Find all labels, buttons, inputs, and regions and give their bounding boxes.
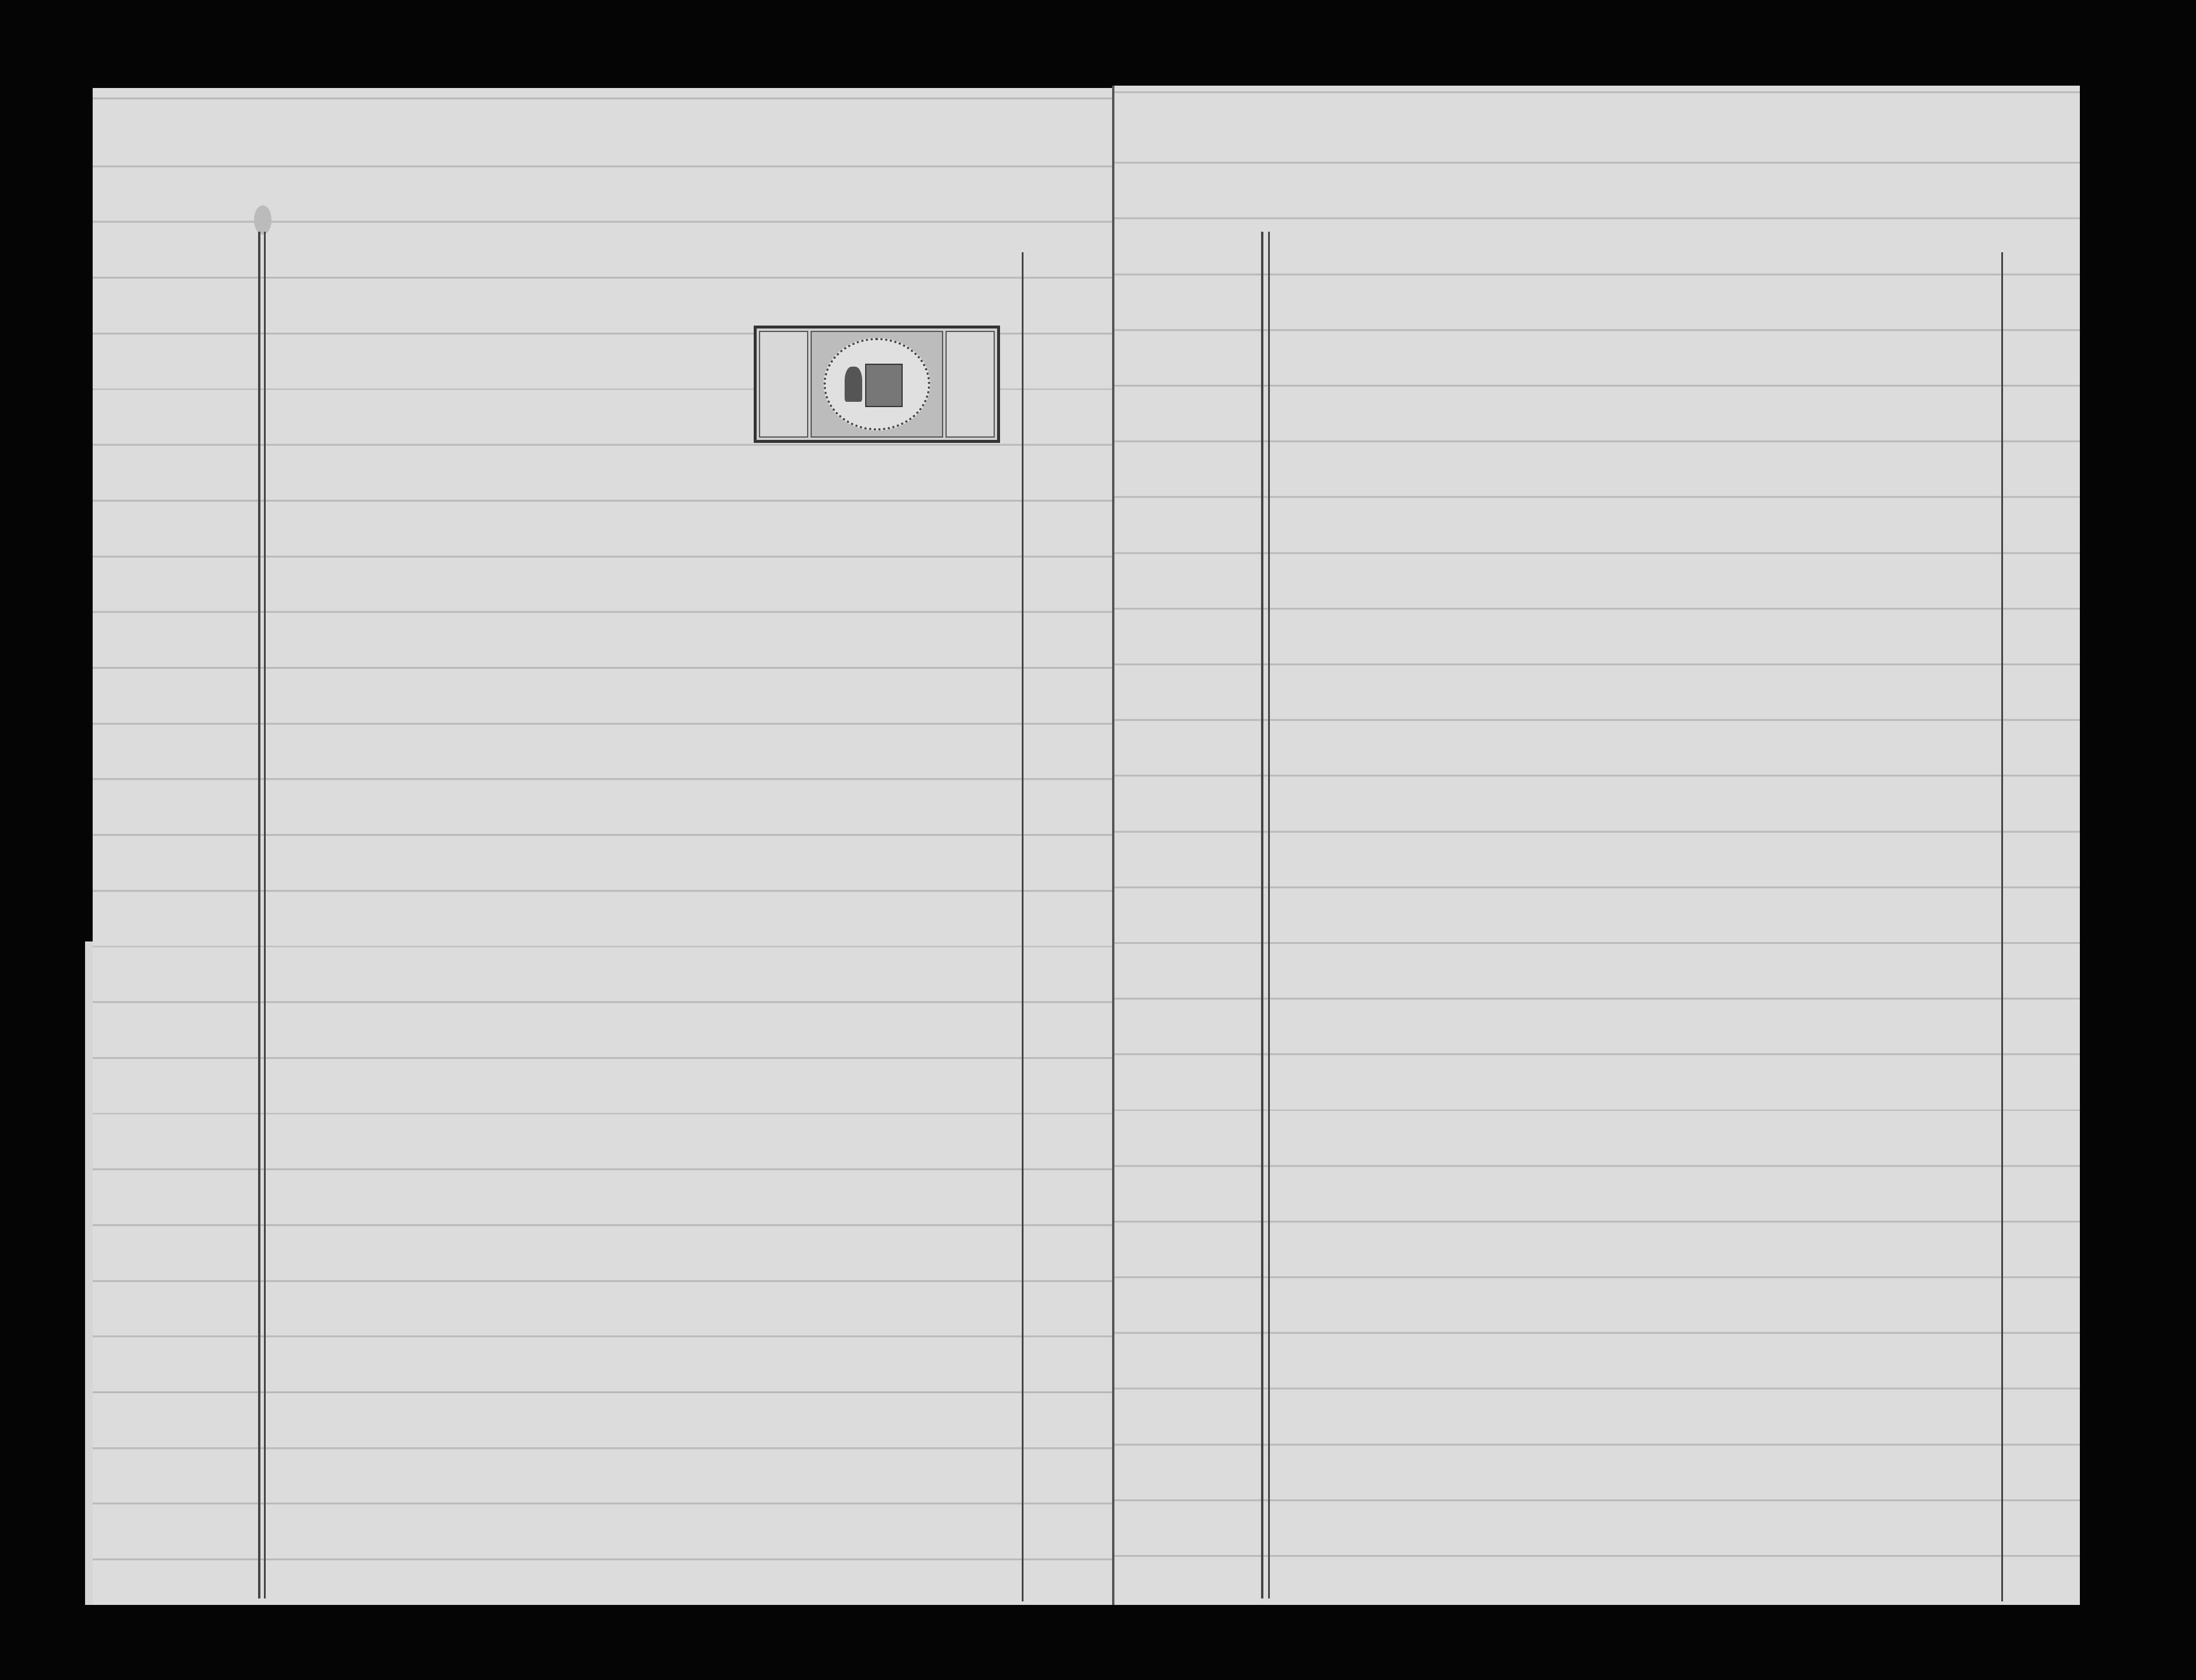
- book-spine: [1112, 86, 1114, 1605]
- crown-icon: [845, 367, 862, 402]
- right-page: [1113, 86, 2080, 1605]
- ink-smudge: [254, 205, 272, 235]
- right-right-rule: [2001, 252, 2003, 1601]
- right-margin-rule-inner: [1268, 232, 1270, 1598]
- tax-stamp: [754, 326, 1000, 443]
- left-margin-rule: [258, 232, 260, 1598]
- right-margin-rule: [1261, 232, 1263, 1598]
- left-page: [93, 88, 1114, 1605]
- left-right-rule: [1022, 252, 1024, 1601]
- left-margin-rule-inner: [264, 232, 266, 1598]
- coat-of-arms-icon: [865, 364, 903, 407]
